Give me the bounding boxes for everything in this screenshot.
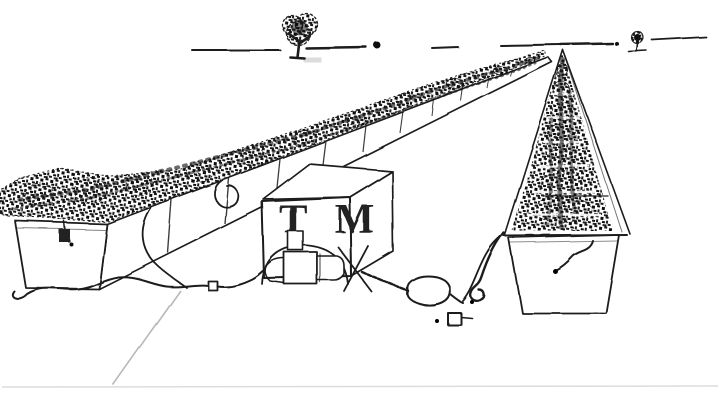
tree-icon bbox=[282, 13, 317, 58]
horizon-segment bbox=[306, 47, 366, 48]
horizon-dot bbox=[614, 41, 618, 45]
horizon-segment bbox=[560, 43, 612, 44]
tube-end-dot bbox=[470, 300, 474, 304]
horizon-segment bbox=[432, 47, 458, 48]
trough-irrigation-sketch: T M bbox=[0, 0, 720, 395]
sketch-canvas: T M bbox=[0, 0, 720, 395]
right-trough-plants bbox=[512, 52, 613, 231]
pump-body bbox=[284, 252, 317, 284]
tube-coupler bbox=[448, 313, 461, 325]
tube-to-pump bbox=[217, 270, 264, 287]
distant-bush-icon bbox=[374, 42, 381, 49]
overflow-tube-with-curl bbox=[471, 233, 504, 301]
horizon-segment bbox=[652, 37, 706, 40]
pump-inlet-connector bbox=[288, 231, 303, 250]
coiled-tube-loop bbox=[407, 276, 463, 306]
coupler-tail bbox=[461, 317, 472, 318]
coupler-dot bbox=[435, 319, 439, 323]
right-trough bbox=[504, 50, 630, 313]
pump-outlet-block bbox=[317, 256, 344, 280]
horizon-segment bbox=[500, 44, 560, 45]
tree-shadow bbox=[303, 57, 321, 62]
tube-coupler bbox=[208, 281, 217, 290]
tube-end-dot bbox=[553, 269, 558, 274]
leader-line bbox=[113, 290, 180, 385]
horizon-line bbox=[192, 37, 706, 62]
shrub-icon bbox=[628, 31, 646, 51]
right-trough-end-face bbox=[509, 235, 619, 313]
page-rule bbox=[2, 386, 718, 387]
